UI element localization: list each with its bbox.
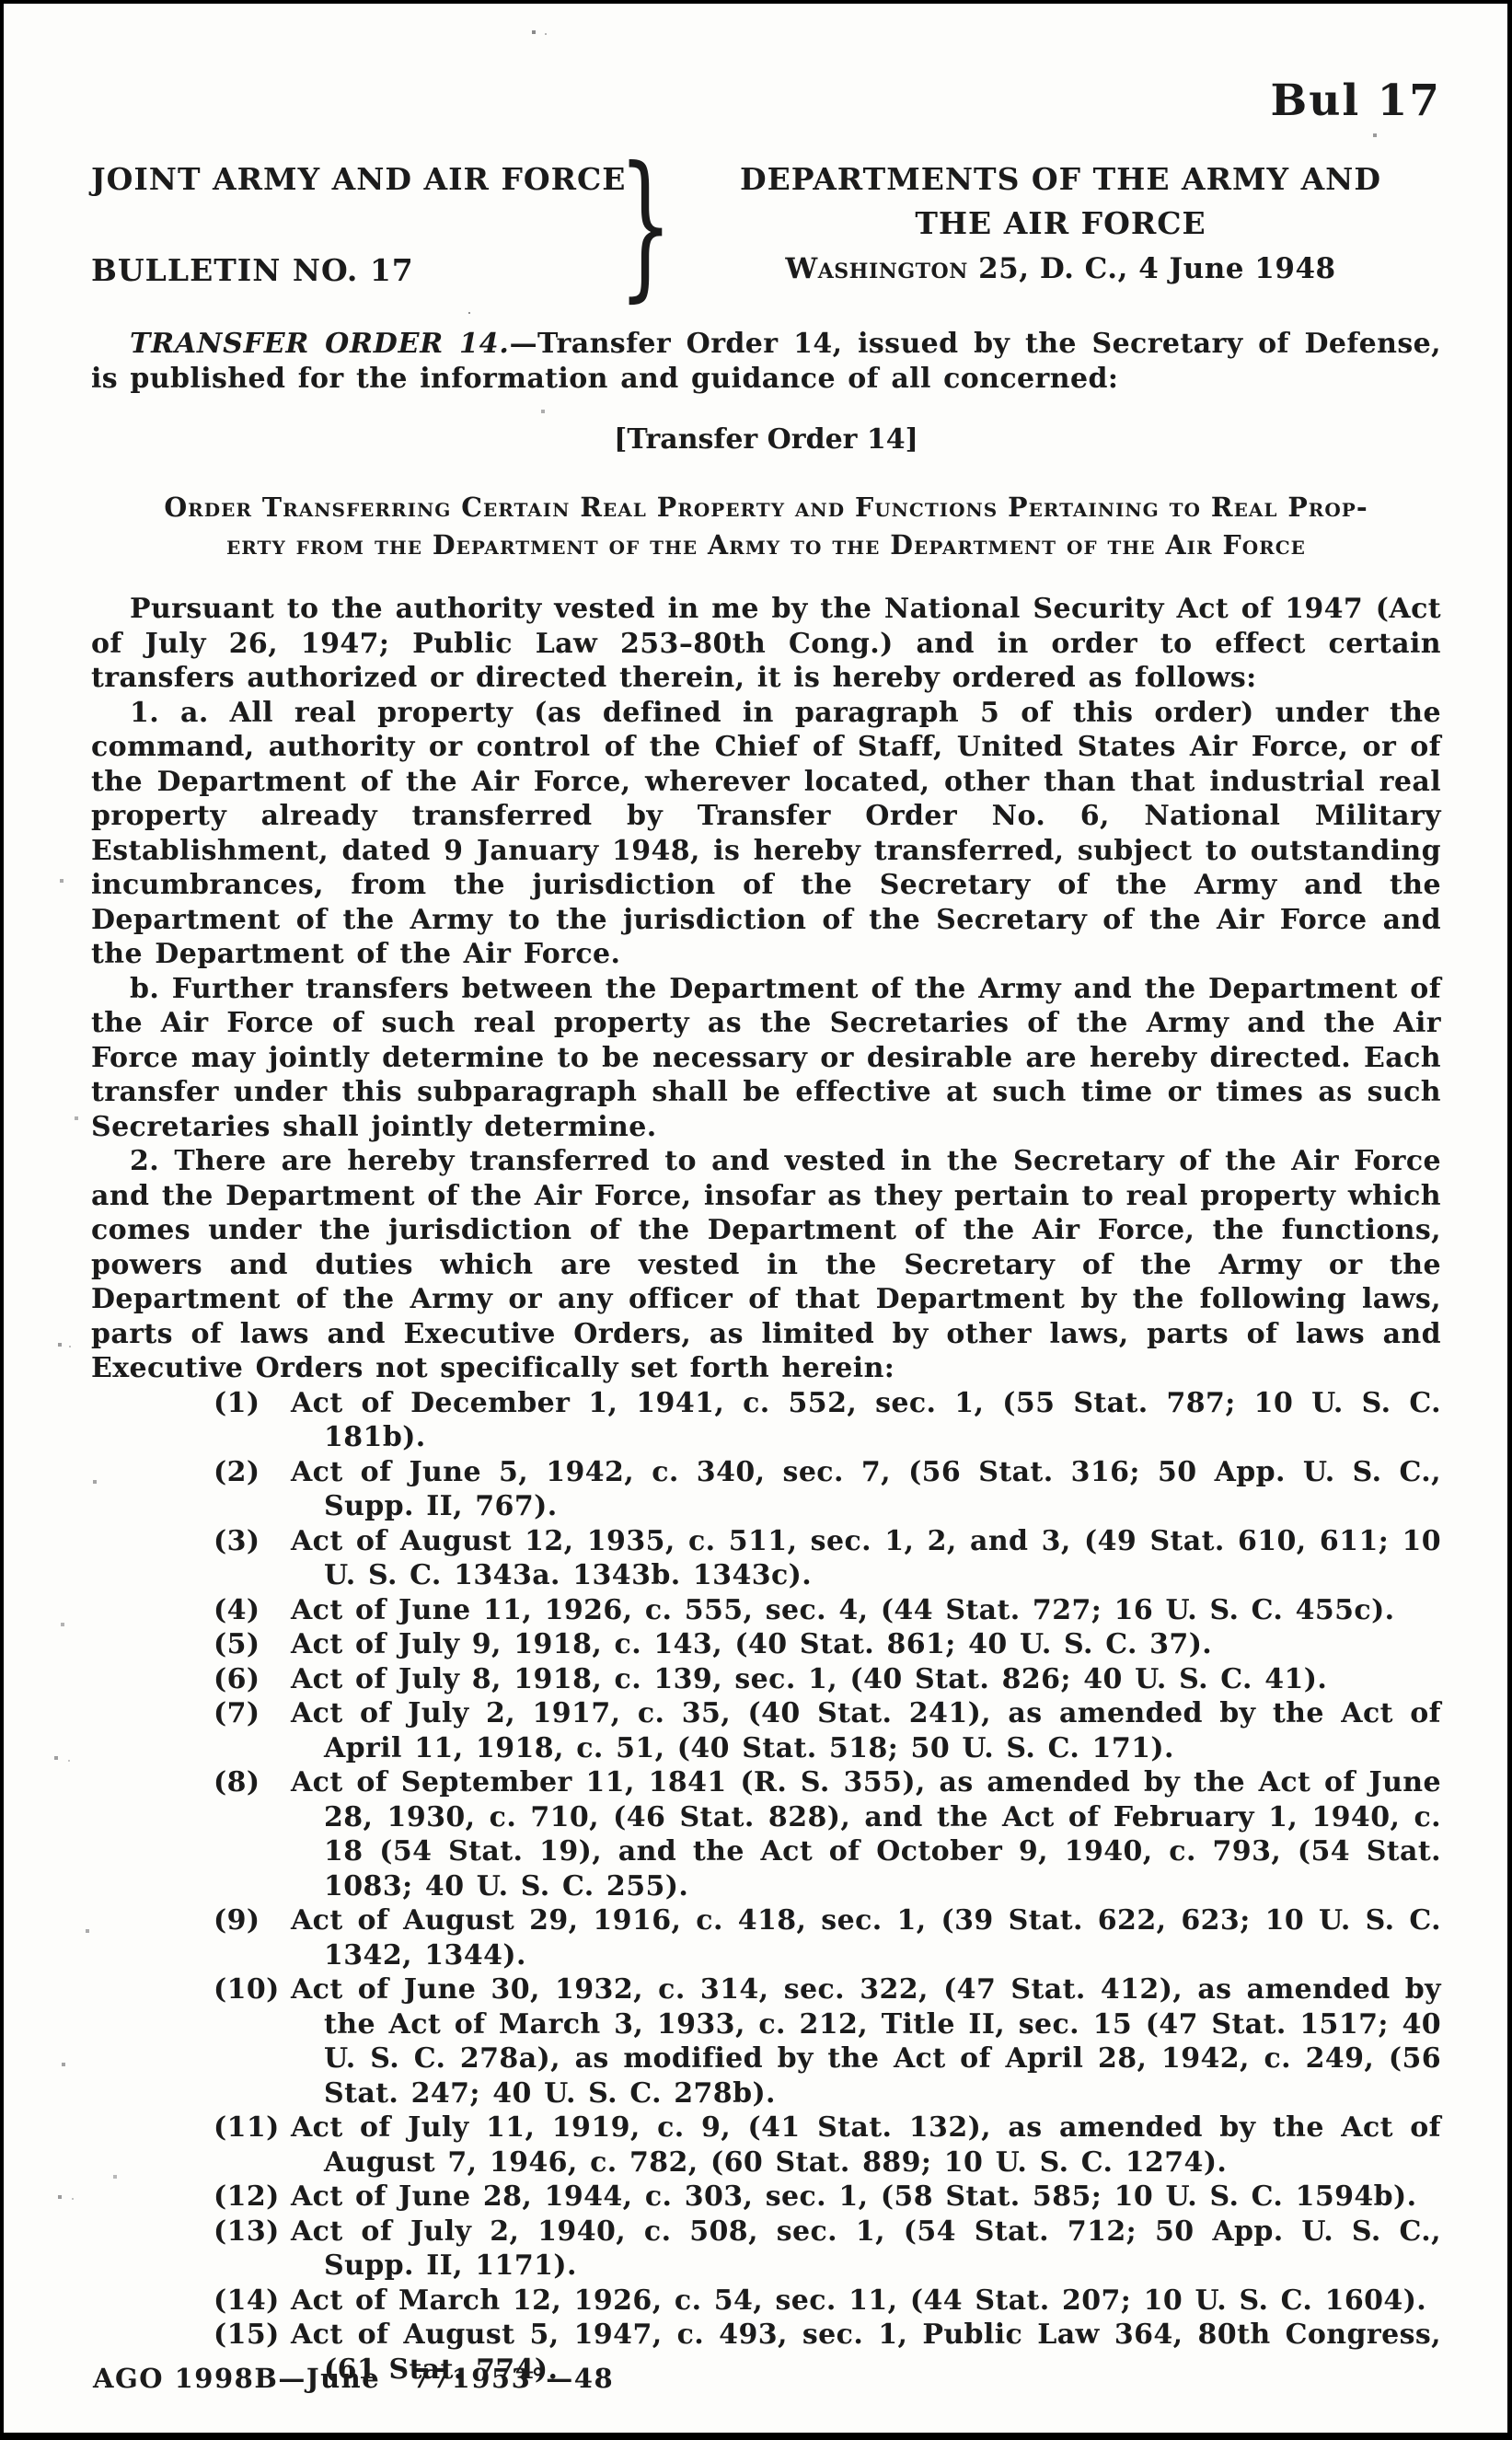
statute-text: Act of September 11, 1841 (R. S. 355), a… xyxy=(291,1765,1441,1903)
statute-text: Act of June 5, 1942, c. 340, sec. 7, (56… xyxy=(291,1455,1441,1524)
dateline-place: Washington 25, D. C., xyxy=(785,252,1127,285)
masthead-department-line1: DEPARTMENTS OF THE ARMY AND xyxy=(680,161,1441,197)
statute-text: Act of August 12, 1935, c. 511, sec. 1, … xyxy=(291,1524,1441,1593)
statute-text: Act of July 2, 1917, c. 35, (40 Stat. 24… xyxy=(291,1696,1441,1765)
ago-number: AGO 1998B—June xyxy=(93,2363,380,2394)
document-page: Bul 17 JOINT ARMY AND AIR FORCE BULLETIN… xyxy=(0,0,1512,2440)
statute-item: (12) Act of June 28, 1944, c. 303, sec. … xyxy=(214,2180,1441,2215)
masthead-dateline: Washington 25, D. C., 4 June 1948 xyxy=(680,252,1441,285)
masthead-left: JOINT ARMY AND AIR FORCE BULLETIN NO. 17 xyxy=(91,161,611,288)
statute-item: (1) Act of December 1, 1941, c. 552, sec… xyxy=(214,1386,1441,1455)
order-heading: Order Transferring Certain Real Property… xyxy=(91,489,1441,564)
statute-text: Act of June 28, 1944, c. 303, sec. 1, (5… xyxy=(291,2180,1441,2215)
print-code: 771953°—48 xyxy=(411,2363,614,2394)
paragraph-2: 2. There are hereby transferred to and v… xyxy=(91,1144,1441,1386)
masthead-brace: } xyxy=(611,161,680,288)
statute-item: (10) Act of June 30, 1932, c. 314, sec. … xyxy=(214,1972,1441,2110)
masthead-department-line2: THE AIR FORCE xyxy=(680,205,1441,241)
paragraph-1a: 1. a. All real property (as defined in p… xyxy=(91,696,1441,972)
statute-number: (8) xyxy=(214,1765,291,1903)
statute-item: (9) Act of August 29, 1916, c. 418, sec.… xyxy=(214,1903,1441,1972)
statute-item: (3) Act of August 12, 1935, c. 511, sec.… xyxy=(214,1524,1441,1593)
statute-number: (12) xyxy=(214,2180,291,2215)
statute-list: (1) Act of December 1, 1941, c. 552, sec… xyxy=(214,1386,1441,2388)
intro-lead: TRANSFER ORDER 14. xyxy=(130,328,510,360)
paragraph-1b: b. Further transfers between the Departm… xyxy=(91,972,1441,1145)
masthead-issuer: JOINT ARMY AND AIR FORCE xyxy=(91,161,611,197)
statute-number: (14) xyxy=(214,2284,291,2319)
masthead: JOINT ARMY AND AIR FORCE BULLETIN NO. 17… xyxy=(91,161,1441,288)
masthead-bulletin-number: BULLETIN NO. 17 xyxy=(91,252,611,288)
intro-paragraph: TRANSFER ORDER 14.—Transfer Order 14, is… xyxy=(91,327,1441,396)
statute-item: (13) Act of July 2, 1940, c. 508, sec. 1… xyxy=(214,2215,1441,2284)
statute-item: (6) Act of July 8, 1918, c. 139, sec. 1,… xyxy=(214,1662,1441,1697)
statute-number: (3) xyxy=(214,1524,291,1593)
statute-text: Act of June 11, 1926, c. 555, sec. 4, (4… xyxy=(291,1593,1441,1628)
brace-glyph: } xyxy=(618,160,673,290)
statute-number: (5) xyxy=(214,1627,291,1662)
ago-footer: AGO 1998B—June771953°—48 xyxy=(93,2363,614,2394)
statute-text: Act of July 11, 1919, c. 9, (41 Stat. 13… xyxy=(291,2110,1441,2180)
statute-item: (2) Act of June 5, 1942, c. 340, sec. 7,… xyxy=(214,1455,1441,1524)
statute-item: (8) Act of September 11, 1841 (R. S. 355… xyxy=(214,1765,1441,1903)
statute-number: (7) xyxy=(214,1696,291,1765)
statute-number: (6) xyxy=(214,1662,291,1697)
statute-number: (4) xyxy=(214,1593,291,1628)
bracket-title: [Transfer Order 14] xyxy=(91,423,1441,456)
order-heading-line1: Order Transferring Certain Real Property… xyxy=(91,489,1441,526)
statute-item: (4) Act of June 11, 1926, c. 555, sec. 4… xyxy=(214,1593,1441,1628)
statute-text: Act of March 12, 1926, c. 54, sec. 11, (… xyxy=(291,2284,1441,2319)
paragraph-pursuant: Pursuant to the authority vested in me b… xyxy=(91,592,1441,696)
statute-text: Act of August 29, 1916, c. 418, sec. 1, … xyxy=(291,1903,1441,1972)
statute-text: Act of July 8, 1918, c. 139, sec. 1, (40… xyxy=(291,1662,1441,1697)
statute-item: (5) Act of July 9, 1918, c. 143, (40 Sta… xyxy=(214,1627,1441,1662)
statute-number: (10) xyxy=(214,1972,291,2110)
statute-text: Act of December 1, 1941, c. 552, sec. 1,… xyxy=(291,1386,1441,1455)
statute-number: (9) xyxy=(214,1903,291,1972)
statute-item: (14) Act of March 12, 1926, c. 54, sec. … xyxy=(214,2284,1441,2319)
statute-number: (1) xyxy=(214,1386,291,1455)
statute-text: Act of June 30, 1932, c. 314, sec. 322, … xyxy=(291,1972,1441,2110)
statute-number: (13) xyxy=(214,2215,291,2284)
scan-speckles xyxy=(4,4,6,6)
dateline-date: 4 June 1948 xyxy=(1138,252,1335,285)
statute-text: Act of July 2, 1940, c. 508, sec. 1, (54… xyxy=(291,2215,1441,2284)
bulletin-ref: Bul 17 xyxy=(91,75,1441,126)
statute-text: Act of July 9, 1918, c. 143, (40 Stat. 8… xyxy=(291,1627,1441,1662)
statute-number: (2) xyxy=(214,1455,291,1524)
masthead-right: DEPARTMENTS OF THE ARMY AND THE AIR FORC… xyxy=(680,161,1441,288)
statute-number: (11) xyxy=(214,2110,291,2180)
statute-item: (11) Act of July 11, 1919, c. 9, (41 Sta… xyxy=(214,2110,1441,2180)
order-heading-line2: erty from the Department of the Army to … xyxy=(91,526,1441,564)
statute-item: (7) Act of July 2, 1917, c. 35, (40 Stat… xyxy=(214,1696,1441,1765)
